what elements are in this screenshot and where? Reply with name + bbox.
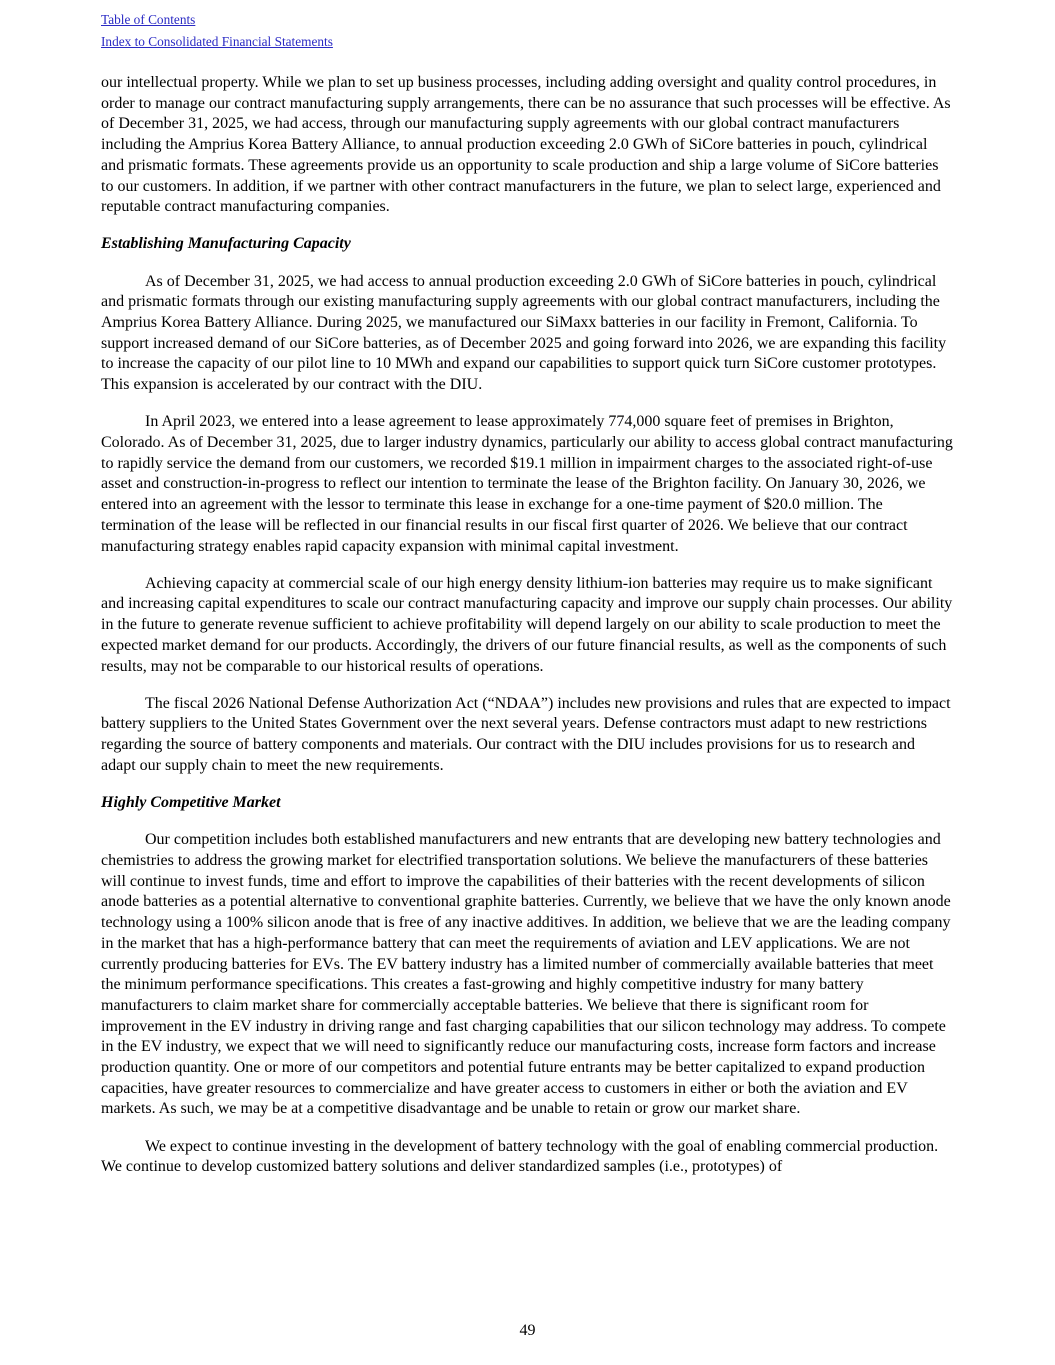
paragraph-competition: Our competition includes both establishe…	[101, 830, 953, 1120]
page-number: 49	[0, 1322, 1055, 1340]
paragraph-ndaa: The fiscal 2026 National Defense Authori…	[101, 694, 953, 777]
document-body: our intellectual property. While we plan…	[101, 73, 953, 1195]
table-of-contents-link[interactable]: Table of Contents	[101, 9, 333, 31]
document-navigation: Table of Contents Index to Consolidated …	[101, 9, 333, 53]
paragraph-intellectual-property-continued: our intellectual property. While we plan…	[101, 73, 953, 218]
paragraph-manufacturing-capacity: As of December 31, 2025, we had access t…	[101, 272, 953, 396]
paragraph-continued-investment: We expect to continue investing in the d…	[101, 1137, 953, 1178]
section-heading-establishing-manufacturing-capacity: Establishing Manufacturing Capacity	[101, 234, 953, 255]
section-heading-highly-competitive-market: Highly Competitive Market	[101, 793, 953, 814]
index-to-financial-statements-link[interactable]: Index to Consolidated Financial Statemen…	[101, 31, 333, 53]
paragraph-brighton-lease: In April 2023, we entered into a lease a…	[101, 412, 953, 557]
paragraph-commercial-scale: Achieving capacity at commercial scale o…	[101, 574, 953, 678]
